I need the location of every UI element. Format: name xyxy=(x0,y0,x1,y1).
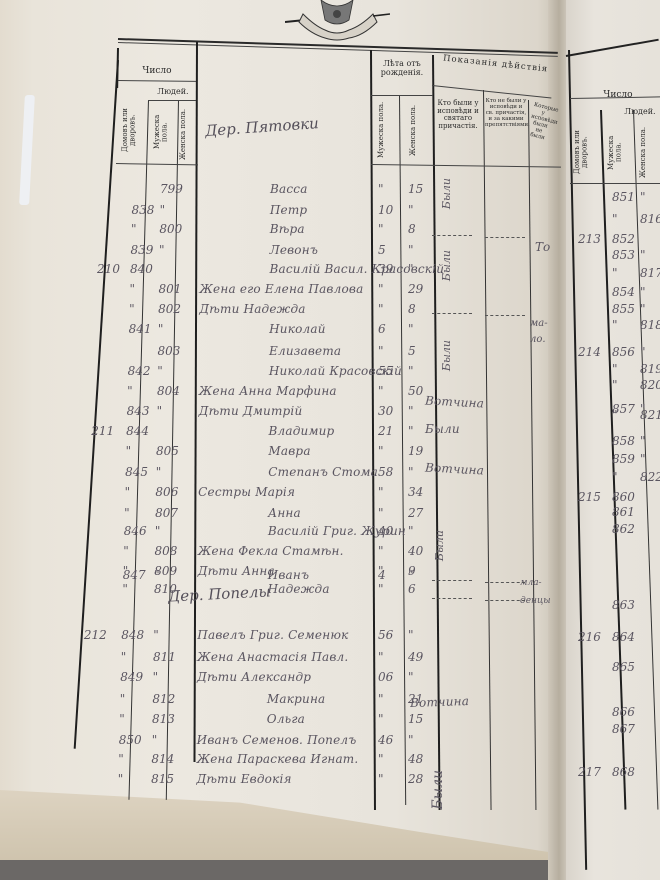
age-female: " xyxy=(408,322,414,336)
age-male: 39 xyxy=(378,262,393,276)
right-header-households: Домовъ или дворовъ. xyxy=(574,125,594,180)
note-separator xyxy=(432,313,472,314)
right-male-count: " xyxy=(612,212,618,226)
right-household-number: 213 xyxy=(578,232,601,246)
age-male: " xyxy=(378,712,384,726)
person-name: Жена его Елена Павлова xyxy=(199,282,363,296)
age-male: " xyxy=(378,544,384,558)
right-male-count: " xyxy=(612,266,618,280)
person-name: Сестры Марія xyxy=(198,485,295,499)
right-male-count: " xyxy=(612,408,618,422)
age-male: " xyxy=(378,282,384,296)
right-male-count: 864 xyxy=(612,630,635,644)
right-female-count: 821 xyxy=(640,408,660,422)
person-name: Петр xyxy=(270,203,307,217)
male-count: " xyxy=(127,384,133,398)
female-count: 806 xyxy=(155,485,178,499)
household-number: 212 xyxy=(84,628,107,642)
age-male: 10 xyxy=(378,203,393,217)
age-female: 48 xyxy=(408,752,423,766)
person-name: Владимир xyxy=(269,424,335,438)
right-female-count: " xyxy=(640,345,646,359)
note-separator xyxy=(485,315,525,316)
right-household-number: 214 xyxy=(578,345,601,359)
age-female: 6 xyxy=(408,582,416,596)
margin-note: Были xyxy=(440,250,453,281)
male-count: 842 xyxy=(128,364,151,378)
person-name: Анна xyxy=(268,506,301,520)
age-male: 4 xyxy=(378,568,386,582)
female-count: " xyxy=(152,733,158,747)
age-female: " xyxy=(408,262,414,276)
age-male: " xyxy=(378,485,384,499)
age-male: 21 xyxy=(378,424,393,438)
age-female: 8 xyxy=(408,222,416,236)
right-header-line-bottom xyxy=(570,183,660,184)
person-name: Жена Анастасія Павл. xyxy=(197,650,348,664)
right-female-count: " xyxy=(640,434,646,448)
right-male-count: 863 xyxy=(612,598,635,612)
female-count: 812 xyxy=(152,692,175,706)
age-female: " xyxy=(408,364,414,378)
age-male: 6 xyxy=(378,322,386,336)
imperial-emblem-icon xyxy=(285,0,390,42)
right-female-count: " xyxy=(640,452,646,466)
note-separator xyxy=(432,580,472,581)
female-count: 808 xyxy=(155,544,178,558)
age-male: " xyxy=(378,506,384,520)
header-age: Лѣта отъ рожденія. xyxy=(372,60,432,78)
age-female: 5 xyxy=(408,344,416,358)
person-name: Левонъ xyxy=(270,243,318,257)
note-separator xyxy=(485,582,525,583)
right-female-count: 818 xyxy=(640,318,660,332)
age-male: 58 xyxy=(378,465,393,479)
female-count: 805 xyxy=(156,444,179,458)
female-count: 799 xyxy=(160,182,183,196)
age-female: 49 xyxy=(408,650,423,664)
person-name: Дѣти Александр xyxy=(197,670,311,684)
age-female: " xyxy=(408,203,414,217)
right-male-count: 858 xyxy=(612,434,635,448)
male-count: 847 xyxy=(123,568,146,582)
male-count: 843 xyxy=(127,404,150,418)
age-male: 56 xyxy=(378,628,393,642)
right-male-count: 853 xyxy=(612,248,635,262)
age-male: 5 xyxy=(378,243,386,257)
person-name: Вѣра xyxy=(270,222,305,236)
right-household-number: 217 xyxy=(578,765,601,779)
right-female-count: 817 xyxy=(640,266,660,280)
age-female: 29 xyxy=(408,282,423,296)
female-count: " xyxy=(153,628,159,642)
female-count: 810 xyxy=(154,582,177,596)
age-female: 34 xyxy=(408,485,423,499)
age-female: 15 xyxy=(408,182,423,196)
female-count: 801 xyxy=(158,282,181,296)
person-name: Василій Васил. Красовскій xyxy=(270,262,445,276)
margin-note: Были xyxy=(425,422,460,436)
age-male: 46 xyxy=(378,733,393,747)
right-male-count: 865 xyxy=(612,660,635,674)
person-name: Васса xyxy=(270,182,308,196)
person-name: Иванъ xyxy=(268,568,310,582)
age-male: 06 xyxy=(378,670,393,684)
note-separator xyxy=(432,235,472,236)
person-name: Иванъ Семенов. Попелъ xyxy=(197,733,357,747)
right-female-count: " xyxy=(640,190,646,204)
age-male: " xyxy=(378,344,384,358)
right-male-count: 860 xyxy=(612,490,635,504)
female-count: 803 xyxy=(158,344,181,358)
female-count: 802 xyxy=(158,302,181,316)
right-header-male: Мужеска пола. xyxy=(608,125,623,180)
female-count: 807 xyxy=(155,506,178,520)
male-count: " xyxy=(130,282,136,296)
male-count: 844 xyxy=(126,424,149,438)
header-age-female: Женска пола. xyxy=(410,100,418,160)
age-female: " xyxy=(408,404,414,418)
right-male-count: 861 xyxy=(612,505,635,519)
female-count: 814 xyxy=(151,752,174,766)
female-count: " xyxy=(154,568,160,582)
header-age-male: Мужеска пола. xyxy=(378,100,386,160)
age-female: 19 xyxy=(408,444,423,458)
right-male-count: 862 xyxy=(612,522,635,536)
header-people: Людей. xyxy=(150,88,196,97)
right-male-count: 854 xyxy=(612,285,635,299)
note-separator xyxy=(485,600,525,601)
female-count: " xyxy=(155,524,161,538)
right-male-count: " xyxy=(612,378,618,392)
margin-note: То xyxy=(535,240,550,254)
age-female: " xyxy=(408,465,414,479)
household-number: 211 xyxy=(91,424,114,438)
right-male-count: " xyxy=(612,470,618,484)
header-line-people xyxy=(148,100,196,101)
right-male-count: 859 xyxy=(612,452,635,466)
female-count: " xyxy=(159,243,165,257)
right-household-number: 215 xyxy=(578,490,601,504)
header-count: Число xyxy=(118,67,196,77)
header-households: Домовъ или дворовъ. xyxy=(122,100,144,160)
right-header-people: Людей. xyxy=(620,108,660,117)
age-female: " xyxy=(408,628,414,642)
right-female-count: 819 xyxy=(640,362,660,376)
age-male: 40 xyxy=(378,524,393,538)
header-male: Мужеска пола. xyxy=(154,104,169,160)
age-female: 8 xyxy=(408,302,416,316)
age-female: 27 xyxy=(408,506,423,520)
age-female: 28 xyxy=(408,772,423,786)
male-count: " xyxy=(125,485,131,499)
female-count: 804 xyxy=(157,384,180,398)
right-female-count: 820 xyxy=(640,378,660,392)
person-name: Ольга xyxy=(267,712,305,726)
age-male: " xyxy=(378,772,384,786)
male-count: " xyxy=(124,506,130,520)
age-male: " xyxy=(378,582,384,596)
right-female-count: " xyxy=(640,302,646,316)
female-count: " xyxy=(153,670,159,684)
right-male-count: 867 xyxy=(612,722,635,736)
age-female: 40 xyxy=(408,544,423,558)
right-female-count: " xyxy=(640,248,646,262)
person-name: Мавра xyxy=(268,444,310,458)
margin-note: Были xyxy=(440,340,453,371)
male-count: 840 xyxy=(130,262,153,276)
right-male-count: " xyxy=(612,318,618,332)
age-male: " xyxy=(378,222,384,236)
right-male-count: 852 xyxy=(612,232,635,246)
note-separator xyxy=(432,598,472,599)
age-female: " xyxy=(408,568,414,582)
age-male: " xyxy=(378,384,384,398)
person-name: Николай xyxy=(269,322,326,336)
person-name: Павелъ Григ. Семенюк xyxy=(197,628,348,642)
male-count: " xyxy=(122,582,128,596)
margin-note: Вотчина xyxy=(410,694,470,710)
female-count: " xyxy=(158,322,164,336)
margin-note: ло. xyxy=(530,334,546,345)
male-count: 849 xyxy=(120,670,143,684)
age-male: 55 xyxy=(378,364,393,378)
right-male-count: " xyxy=(612,362,618,376)
male-count: 841 xyxy=(129,322,152,336)
person-name: Надежда xyxy=(268,582,330,596)
male-count: 845 xyxy=(125,465,148,479)
male-count: " xyxy=(129,302,135,316)
right-male-count: 866 xyxy=(612,705,635,719)
male-count: 848 xyxy=(121,628,144,642)
male-count: " xyxy=(131,222,137,236)
right-male-count: 868 xyxy=(612,765,635,779)
person-name: Елизавета xyxy=(269,344,341,358)
male-count: " xyxy=(121,650,127,664)
person-name: Макрина xyxy=(267,692,325,706)
age-male: " xyxy=(378,752,384,766)
male-count: " xyxy=(123,544,129,558)
right-male-count: 855 xyxy=(612,302,635,316)
margin-note: Были xyxy=(430,770,446,810)
age-female: 15 xyxy=(408,712,423,726)
age-female: 50 xyxy=(408,384,423,398)
person-name: Дѣти Анна xyxy=(198,564,275,578)
right-household-number: 216 xyxy=(578,630,601,644)
person-name: Жена Анна Марфина xyxy=(199,384,337,398)
right-female-count: 816 xyxy=(640,212,660,226)
age-male: " xyxy=(378,302,384,316)
person-name: Дѣти Дмитрій xyxy=(199,404,303,418)
female-count: 800 xyxy=(159,222,182,236)
age-male: " xyxy=(378,692,384,706)
right-male-count: 851 xyxy=(612,190,635,204)
margin-note: мла- xyxy=(520,578,542,588)
age-male: " xyxy=(378,444,384,458)
age-male: " xyxy=(378,182,384,196)
person-name: Степанъ Стома xyxy=(268,465,378,479)
age-female: " xyxy=(408,670,414,684)
header-confessed: Кто были у исповѣди и святаго причастія. xyxy=(434,100,482,131)
margin-note: Были xyxy=(440,178,453,209)
right-female-count: 822 xyxy=(640,470,660,484)
household-number: 210 xyxy=(97,262,120,276)
right-male-count: 856 xyxy=(612,345,635,359)
header-not-confessed: Кто не были у исповѣди и св. причастія, … xyxy=(485,98,527,128)
margin-note: Были xyxy=(433,530,446,561)
male-count: 850 xyxy=(119,733,142,747)
margin-note: ма- xyxy=(530,318,548,329)
right-female-count: " xyxy=(640,285,646,299)
age-female: " xyxy=(408,424,414,438)
right-header-female: Женска пола. xyxy=(640,125,648,180)
female-count: 813 xyxy=(152,712,175,726)
header-line-age xyxy=(371,95,433,96)
male-count: " xyxy=(119,712,125,726)
age-female: " xyxy=(408,243,414,257)
age-male: " xyxy=(378,650,384,664)
male-count: " xyxy=(126,444,132,458)
right-header-count: Число xyxy=(588,91,648,101)
person-name: Жена Фекла Стамѣн. xyxy=(198,544,344,558)
age-female: " xyxy=(408,524,414,538)
male-count: " xyxy=(120,692,126,706)
margin-note: денцы xyxy=(520,596,551,606)
note-separator xyxy=(485,237,525,238)
female-count: " xyxy=(157,364,163,378)
female-count: 815 xyxy=(151,772,174,786)
female-count: " xyxy=(156,465,162,479)
female-count: 811 xyxy=(153,650,176,664)
male-count: 846 xyxy=(124,524,147,538)
male-count: 839 xyxy=(130,243,153,257)
person-name: Жена Параскева Игнат. xyxy=(197,752,359,766)
male-count: " xyxy=(118,772,124,786)
age-female: " xyxy=(408,733,414,747)
female-count: " xyxy=(157,404,163,418)
person-name: Дѣти Надежда xyxy=(199,302,305,316)
age-male: 30 xyxy=(378,404,393,418)
male-count: " xyxy=(118,752,124,766)
male-count: 838 xyxy=(131,203,154,217)
female-count: " xyxy=(160,203,166,217)
person-name: Дѣти Евдокія xyxy=(196,772,291,786)
header-female: Женска пола. xyxy=(180,108,188,160)
